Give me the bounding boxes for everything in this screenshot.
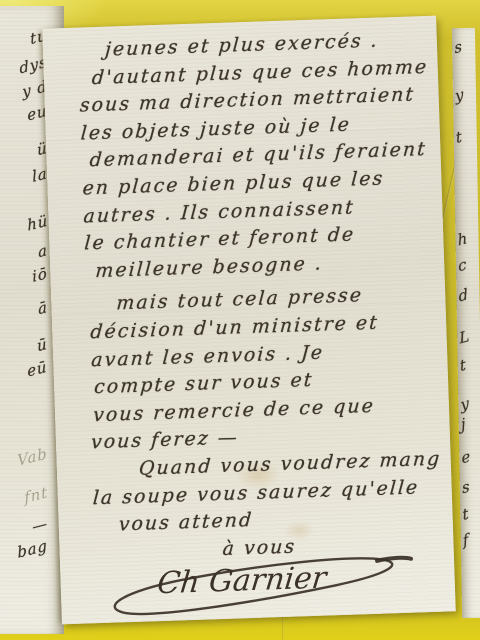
left-page-fragment: Vab [16, 444, 48, 470]
left-page-fragment: iō [31, 264, 48, 286]
right-page-fragment: s [453, 37, 464, 57]
left-page-fragment: eū [27, 357, 49, 380]
right-page-fragment: L [458, 327, 471, 348]
adjacent-page-right-edge: s y t h c d L t y j e s t f [452, 28, 480, 618]
right-page-fragment: t [459, 355, 468, 375]
left-page-fragment: bag [16, 536, 48, 562]
handwritten-text-block: jeunes et plus exercés . d'autant plus q… [73, 26, 444, 567]
right-page-fragment: s [461, 477, 472, 497]
signature-block: Ch Garnier [95, 545, 417, 624]
right-page-fragment: c [457, 255, 468, 275]
left-page-fragment: fnt [23, 483, 48, 507]
right-page-fragment: e [460, 447, 472, 468]
signature-name: Ch Garnier [156, 561, 330, 602]
letter-page: jeunes et plus exercés . d'autant plus q… [42, 16, 456, 625]
right-page-fragment: t [461, 504, 470, 524]
right-page-fragment: j [460, 414, 468, 434]
left-page-fragment: ū [37, 335, 49, 356]
left-page-fragment: hü [26, 211, 49, 234]
photo-background: tu dys y d eu ü la hü a iō ā ū eū Vab fn… [0, 0, 480, 640]
right-page-fragment: f [462, 530, 471, 550]
left-page-fragment: a [37, 241, 49, 261]
signature-flourish: Ch Garnier [95, 545, 417, 624]
right-page-fragment: h [457, 229, 470, 250]
right-page-fragment: d [458, 285, 470, 306]
left-page-fragment: ā [37, 298, 49, 318]
right-page-fragment: y [459, 394, 470, 414]
left-page-fragment: — [31, 514, 48, 536]
right-page-fragment: y [454, 85, 465, 105]
right-page-fragment: t [455, 127, 464, 147]
